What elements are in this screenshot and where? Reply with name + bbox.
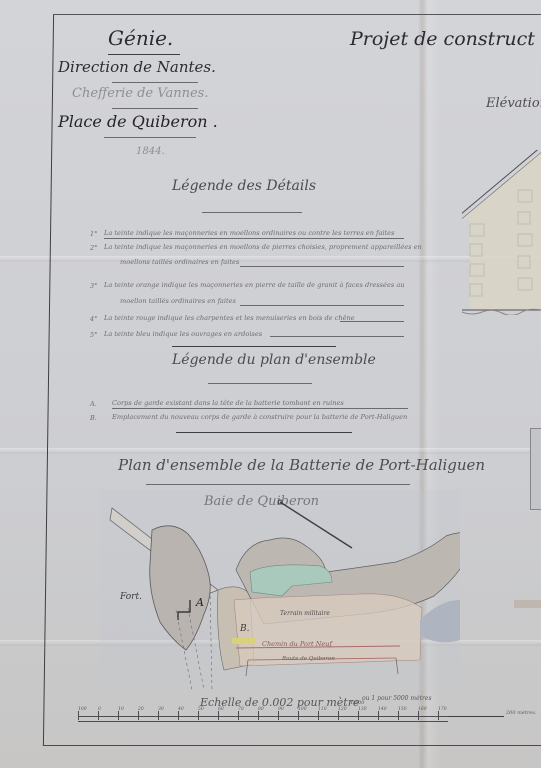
legend-plan-item-letter: B. [90, 414, 97, 422]
fort-label: Fort. [120, 592, 142, 602]
divider [172, 346, 336, 347]
elevation-label: Elévation [486, 96, 541, 111]
divider [208, 383, 312, 384]
legend-item-text: La teinte bleu indique les ouvrages en a… [104, 330, 262, 338]
scale-bar: 100 0 10 20 30 40 50 60 70 80 90 100 110… [78, 716, 448, 722]
legend-item-number: 2° [90, 244, 97, 252]
legend-item-text: La teinte orange indique les maçonneries… [104, 281, 405, 289]
divider [240, 266, 404, 267]
place-title: Place de Quiberon . [58, 112, 218, 131]
divider [108, 54, 180, 55]
legend-plan-item-text: Emplacement du nouveau corps de garde à … [112, 413, 407, 421]
scale-suffix: ou 1 pour 5000 mètres [362, 695, 432, 702]
divider [202, 212, 302, 213]
divider [104, 238, 404, 239]
chefferie-title: Chefferie de Vannes. [72, 86, 208, 101]
legend-item-text: La teinte rouge indique les charpentes e… [104, 314, 355, 322]
project-title: Projet de construct [350, 28, 535, 50]
legend-item-number: 4° [90, 315, 97, 323]
building-elevation-drawing [462, 150, 541, 315]
service-title: Génie. [108, 26, 173, 50]
legend-item-number: 5° [90, 331, 97, 339]
scale-bar-extension [448, 716, 504, 717]
divider [270, 336, 404, 337]
divider [146, 484, 410, 485]
divider [340, 321, 404, 322]
site-plan-map [100, 490, 460, 690]
legend-plan-item-text: Corps de garde existant dans la tête de … [112, 399, 344, 407]
legend-plan-heading: Légende du plan d'ensemble [172, 352, 376, 368]
direction-title: Direction de Nantes. [58, 58, 216, 76]
terrain-label: Terrain militaire [280, 610, 330, 617]
divider [104, 137, 196, 138]
scale-end-label: 200 mètres. [506, 710, 536, 716]
legend-item-text: La teinte indique les maçonneries en moe… [104, 229, 394, 237]
divider [176, 432, 352, 433]
year-label: 1844. [136, 146, 165, 157]
legend-item-number: 3° [90, 282, 97, 290]
legend-details-heading: Légende des Détails [172, 178, 316, 194]
point-a-label: A [196, 596, 204, 609]
chemin-label: Chemin du Port Neuf [262, 640, 332, 648]
divider [112, 408, 408, 409]
divider [112, 82, 198, 83]
plan-title: Plan d'ensemble de la Batterie de Port-H… [118, 456, 485, 474]
route-label: Route de Quiberon [282, 656, 335, 662]
point-b-label: B. [240, 624, 249, 634]
legend-item-text: moellon taillés ordinaires en faites [120, 297, 236, 305]
legend-plan-item-letter: A. [90, 400, 97, 408]
legend-item-number: 1° [90, 230, 97, 238]
divider [240, 305, 404, 306]
building-detail-fragment [530, 428, 541, 510]
divider [112, 108, 198, 109]
legend-item-text: moellons taillés ordinaires en faites [120, 258, 239, 266]
building-base-fragment [514, 600, 541, 608]
legend-item-text: La teinte indique les maçonneries en moe… [104, 243, 422, 251]
